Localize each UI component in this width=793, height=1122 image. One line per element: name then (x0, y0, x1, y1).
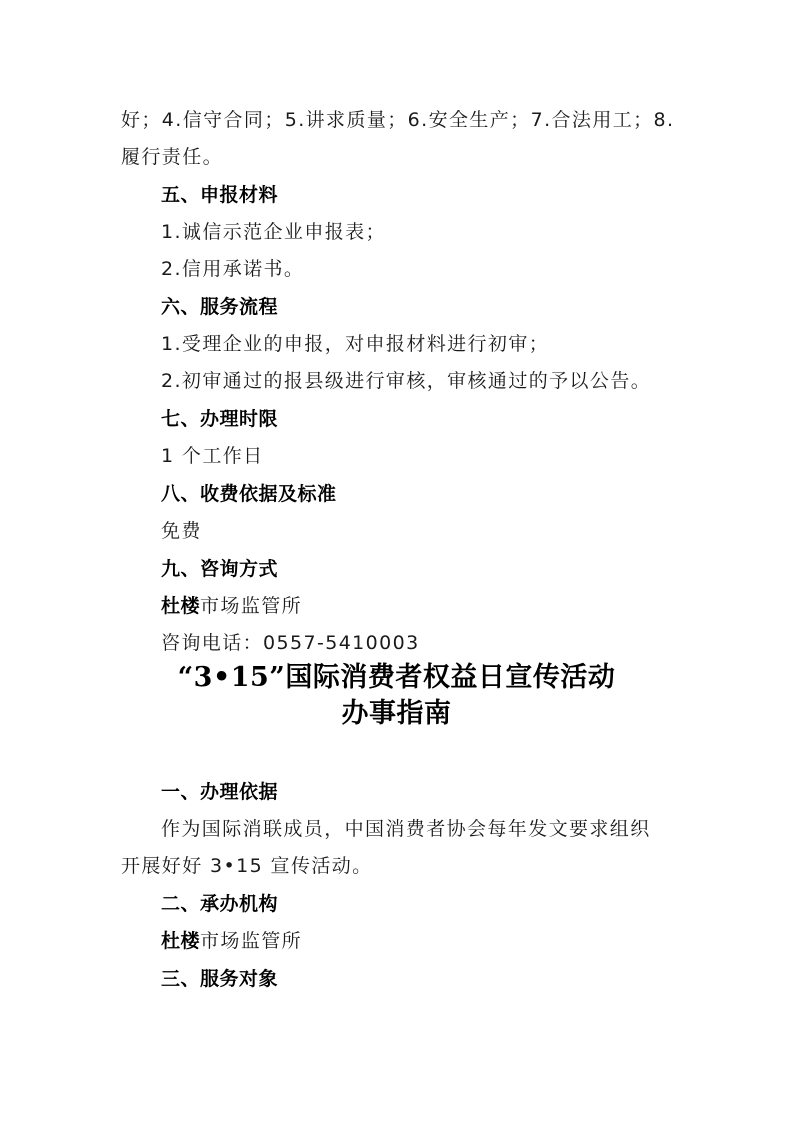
materials-item-1: 1.诚信示范企业申报表； (161, 218, 386, 246)
guide-heading-agency: 二、承办机构 (161, 890, 278, 918)
contact-org-rest: 市场监管所 (200, 595, 302, 617)
guide-agency-org-rest: 市场监管所 (200, 930, 302, 952)
guide-basis-para-line-1: 作为国际消联成员，中国消费者协会每年发文要求组织 (161, 815, 651, 843)
guide-agency-org: 杜楼市场监管所 (161, 927, 302, 955)
contact-phone: 咨询电话：0557-5410003 (161, 629, 420, 657)
section-heading-time-limit: 七、办理时限 (161, 405, 278, 433)
section-heading-contact: 九、咨询方式 (161, 555, 278, 583)
continuation-line-1: 好；4.信守合同；5.讲求质量；6.安全生产；7.合法用工；8. (121, 106, 674, 134)
time-limit-value: 1 个工作日 (161, 442, 264, 470)
process-item-1: 1.受理企业的申报，对申报材料进行初审； (161, 330, 549, 358)
contact-org: 杜楼市场监管所 (161, 592, 302, 620)
continuation-line-2: 履行责任。 (121, 143, 223, 171)
guide-heading-basis: 一、办理依据 (161, 778, 278, 806)
guide-agency-org-bold: 杜楼 (161, 930, 200, 952)
guide-basis-para-line-2: 开展好好 3•15 宣传活动。 (121, 852, 373, 880)
section-heading-fees: 八、收费依据及标准 (161, 480, 337, 508)
guide-title-line-2: 办事指南 (0, 696, 793, 732)
section-heading-materials: 五、申报材料 (161, 181, 278, 209)
process-item-2: 2.初审通过的报县级进行审核，审核通过的予以公告。 (161, 367, 651, 395)
document-page: 好；4.信守合同；5.讲求质量；6.安全生产；7.合法用工；8. 履行责任。 五… (0, 0, 793, 1122)
guide-title-line-1: “3•15”国际消费者权益日宣传活动 (0, 660, 793, 696)
guide-heading-service-target: 三、服务对象 (161, 965, 278, 993)
fees-value: 免费 (161, 517, 202, 545)
section-heading-process: 六、服务流程 (161, 293, 278, 321)
materials-item-2: 2.信用承诺书。 (161, 255, 304, 283)
contact-org-bold: 杜楼 (161, 595, 200, 617)
